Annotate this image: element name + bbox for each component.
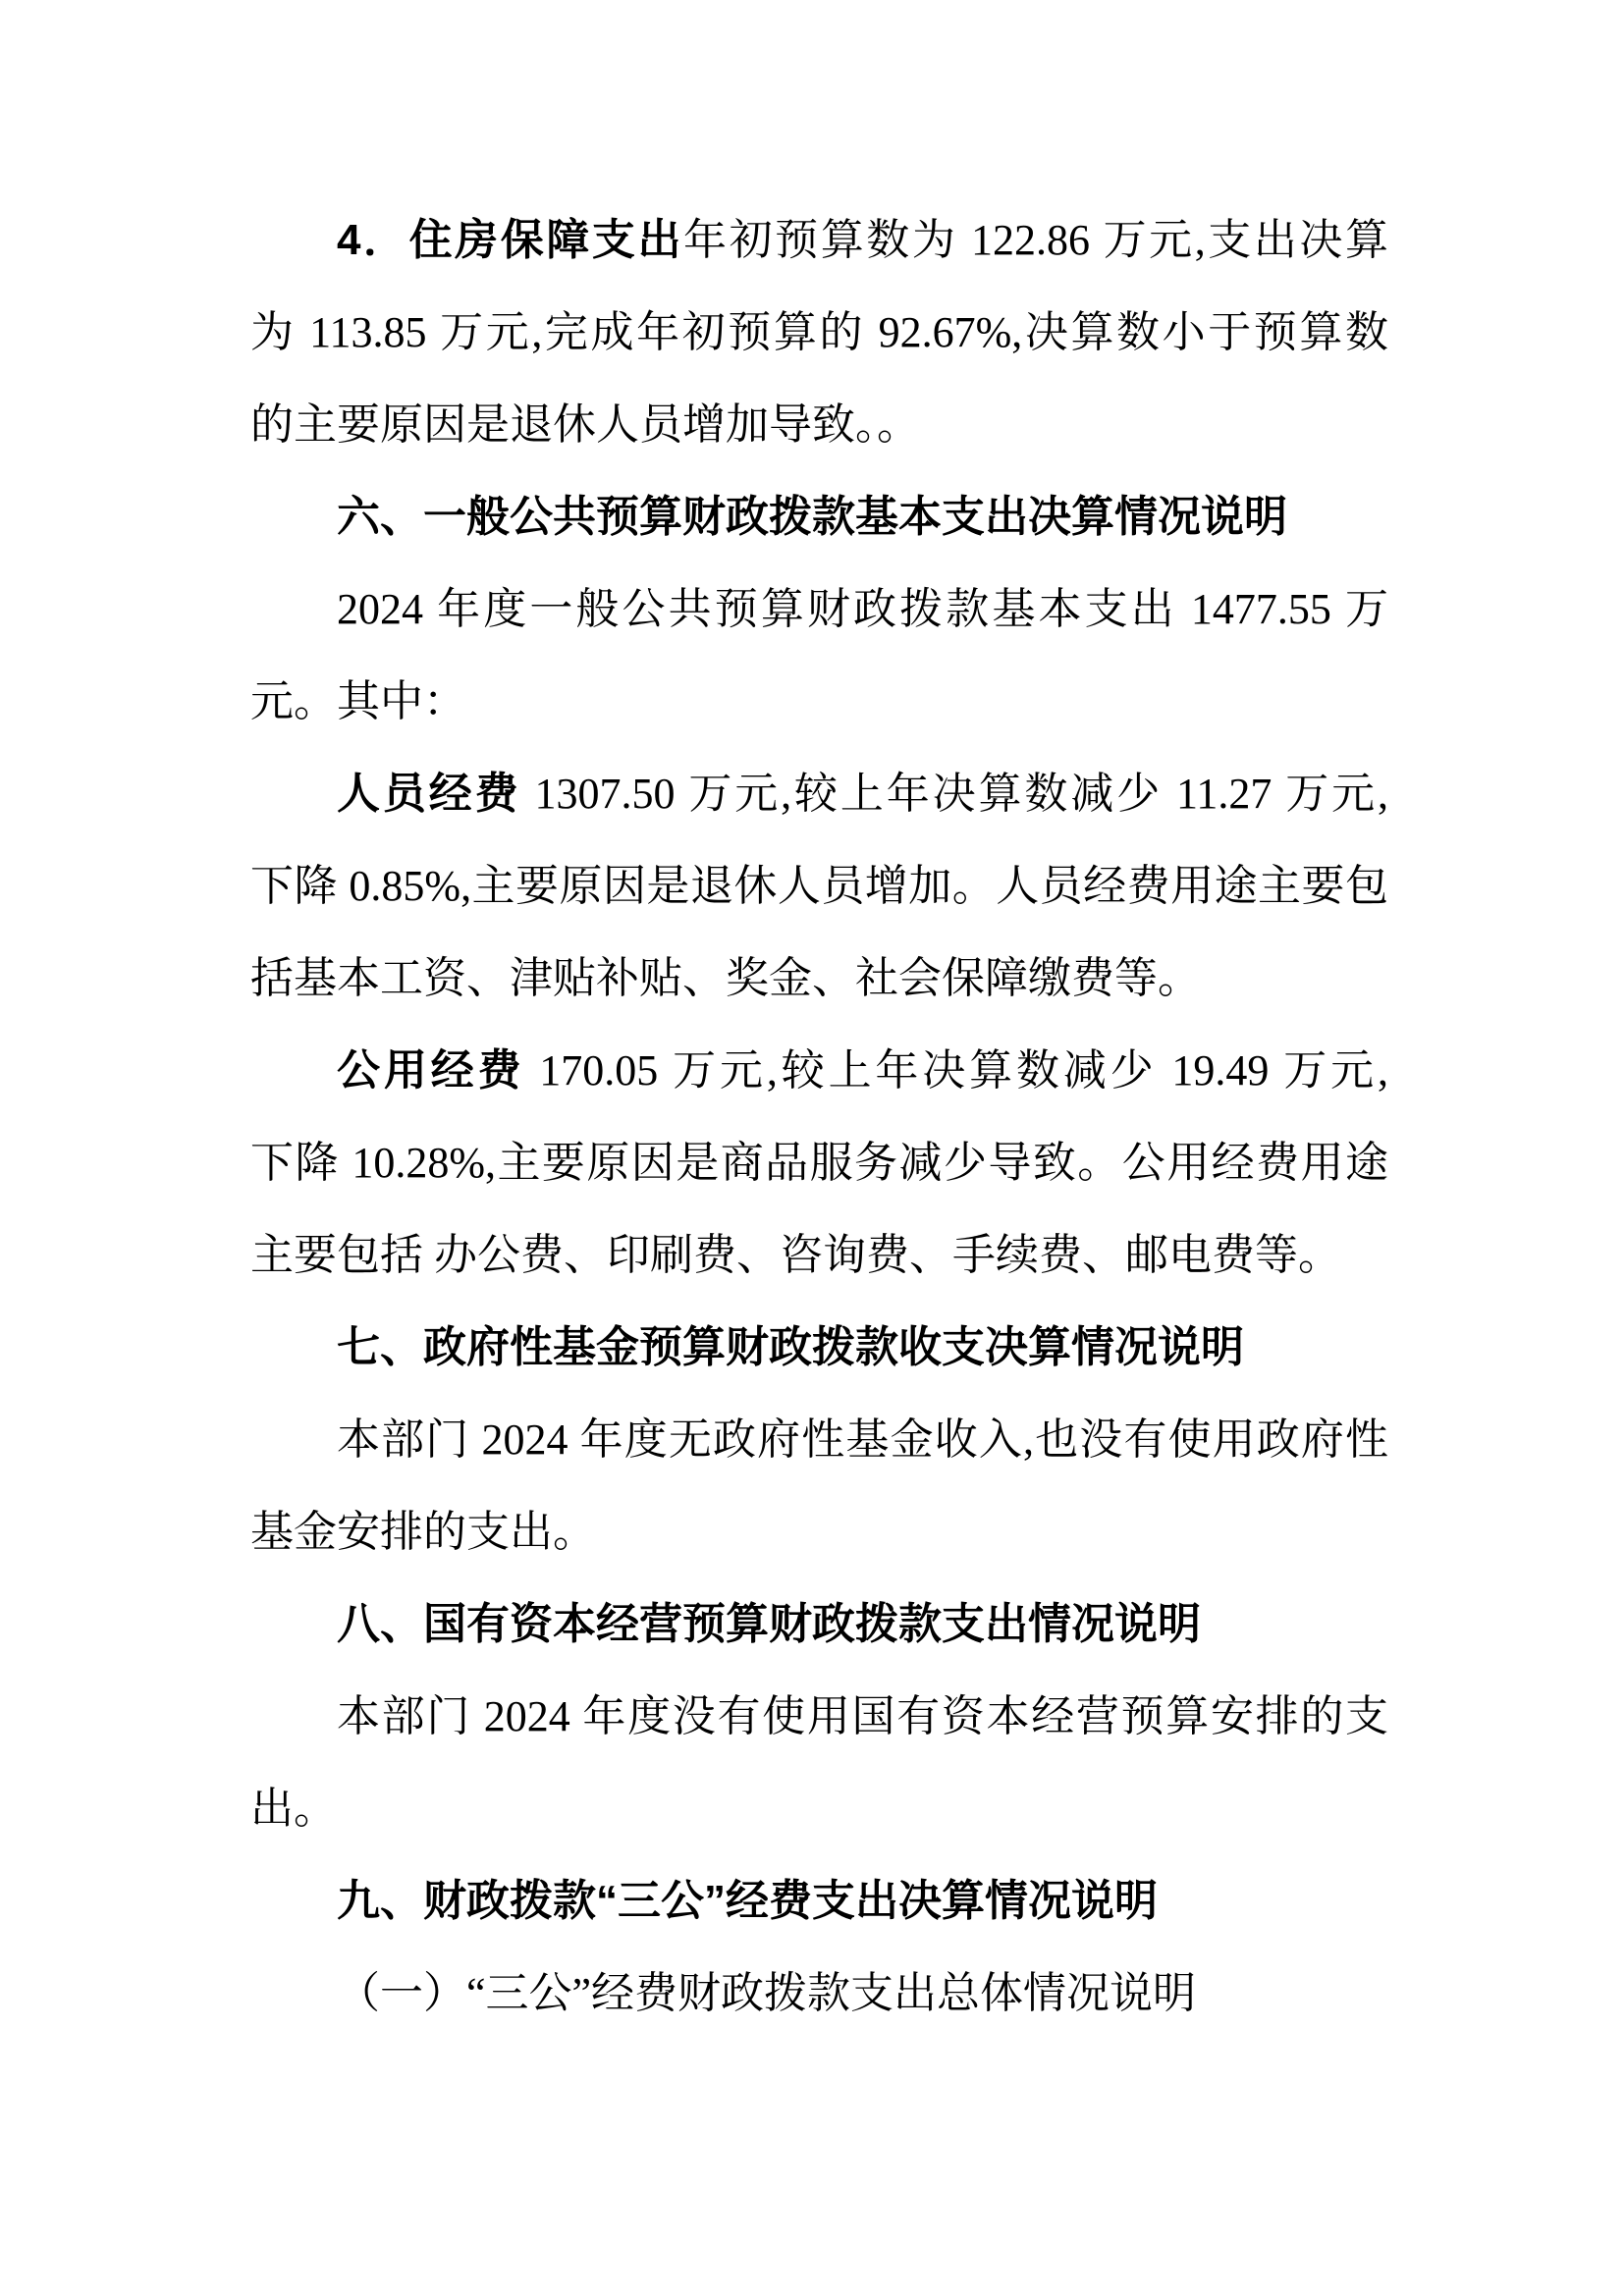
- doc-line: 主要包括 办公费、印刷费、咨询费、手续费、邮电费等。: [250, 1209, 1388, 1302]
- line-text: 元。其中：: [250, 677, 466, 725]
- doc-line: 下降 0.85%,主要原因是退休人员增加。人员经费用途主要包: [250, 840, 1388, 933]
- doc-line: 为 113.85 万元,完成年初预算的 92.67%,决算数小于预算数: [250, 287, 1388, 379]
- line-text: （一）“三公”经费财政拨款支出总体情况说明: [337, 1969, 1196, 2017]
- doc-line: 出。: [250, 1763, 1388, 1855]
- para-personnel-funds-line: 人员经费 1307.50 万元,较上年决算数减少 11.27 万元,: [250, 748, 1388, 840]
- line-text: 本部门 2024 年度没有使用国有资本经营预算安排的支: [337, 1692, 1388, 1740]
- doc-line: 本部门 2024 年度无政府性基金收入,也没有使用政府性: [250, 1394, 1388, 1486]
- line-text: 为 113.85 万元,完成年初预算的 92.67%,决算数小于预算数: [250, 308, 1388, 356]
- line-text: 主要包括 办公费、印刷费、咨询费、手续费、邮电费等。: [250, 1231, 1341, 1279]
- line-text: 170.05 万元,较上年决算数减少 19.49 万元,: [524, 1046, 1388, 1095]
- line-text: 本部门 2024 年度无政府性基金收入,也没有使用政府性: [337, 1415, 1388, 1464]
- doc-line: 下降 10.28%,主要原因是商品服务减少导致。公用经费用途: [250, 1117, 1388, 1209]
- document-page: 4．住房保障支出年初预算数为 122.86 万元,支出决算 为 113.85 万…: [0, 0, 1624, 2296]
- heading-text: 九、财政拨款“三公”经费支出决算情况说明: [337, 1877, 1158, 1925]
- section-heading-nine: 九、财政拨款“三公”经费支出决算情况说明: [250, 1855, 1388, 1948]
- line-text: 下降 0.85%,主要原因是退休人员增加。人员经费用途主要包: [250, 862, 1388, 910]
- section-heading-eight: 八、国有资本经营预算财政拨款支出情况说明: [250, 1578, 1388, 1671]
- para-housing-support-line: 4．住房保障支出年初预算数为 122.86 万元,支出决算: [250, 194, 1388, 287]
- line-text: 年初预算数为 122.86 万元,支出决算: [683, 216, 1388, 264]
- bold-lead: 4．住房保障支出: [337, 216, 683, 264]
- doc-line: 括基本工资、津贴补贴、奖金、社会保障缴费等。: [250, 933, 1388, 1025]
- heading-text: 八、国有资本经营预算财政拨款支出情况说明: [337, 1600, 1201, 1648]
- heading-text: 七、政府性基金预算财政拨款收支决算情况说明: [337, 1323, 1244, 1371]
- doc-line: 基金安排的支出。: [250, 1486, 1388, 1578]
- subsection-heading-one: （一）“三公”经费财政拨款支出总体情况说明: [250, 1948, 1388, 2040]
- line-text: 1307.50 万元,较上年决算数减少 11.27 万元,: [521, 770, 1388, 818]
- line-text: 基金安排的支出。: [250, 1508, 596, 1556]
- section-heading-six: 六、一般公共预算财政拨款基本支出决算情况说明: [250, 471, 1388, 563]
- doc-line: 2024 年度一般公共预算财政拨款基本支出 1477.55 万: [250, 563, 1388, 656]
- para-public-funds-line: 公用经费 170.05 万元,较上年决算数减少 19.49 万元,: [250, 1025, 1388, 1117]
- doc-line: 本部门 2024 年度没有使用国有资本经营预算安排的支: [250, 1671, 1388, 1763]
- line-text: 出。: [250, 1785, 337, 1833]
- doc-line: 元。其中：: [250, 656, 1388, 748]
- line-text: 括基本工资、津贴补贴、奖金、社会保障缴费等。: [250, 954, 1201, 1002]
- doc-line: 的主要原因是退休人员增加导致。。: [250, 379, 1388, 471]
- line-text: 2024 年度一般公共预算财政拨款基本支出 1477.55 万: [337, 585, 1388, 633]
- bold-lead: 公用经费: [337, 1046, 524, 1095]
- bold-lead: 人员经费: [337, 770, 521, 818]
- line-text: 的主要原因是退休人员增加导致。。: [250, 400, 920, 449]
- line-text: 下降 10.28%,主要原因是商品服务减少导致。公用经费用途: [250, 1139, 1388, 1187]
- heading-text: 六、一般公共预算财政拨款基本支出决算情况说明: [337, 493, 1287, 541]
- section-heading-seven: 七、政府性基金预算财政拨款收支决算情况说明: [250, 1302, 1388, 1394]
